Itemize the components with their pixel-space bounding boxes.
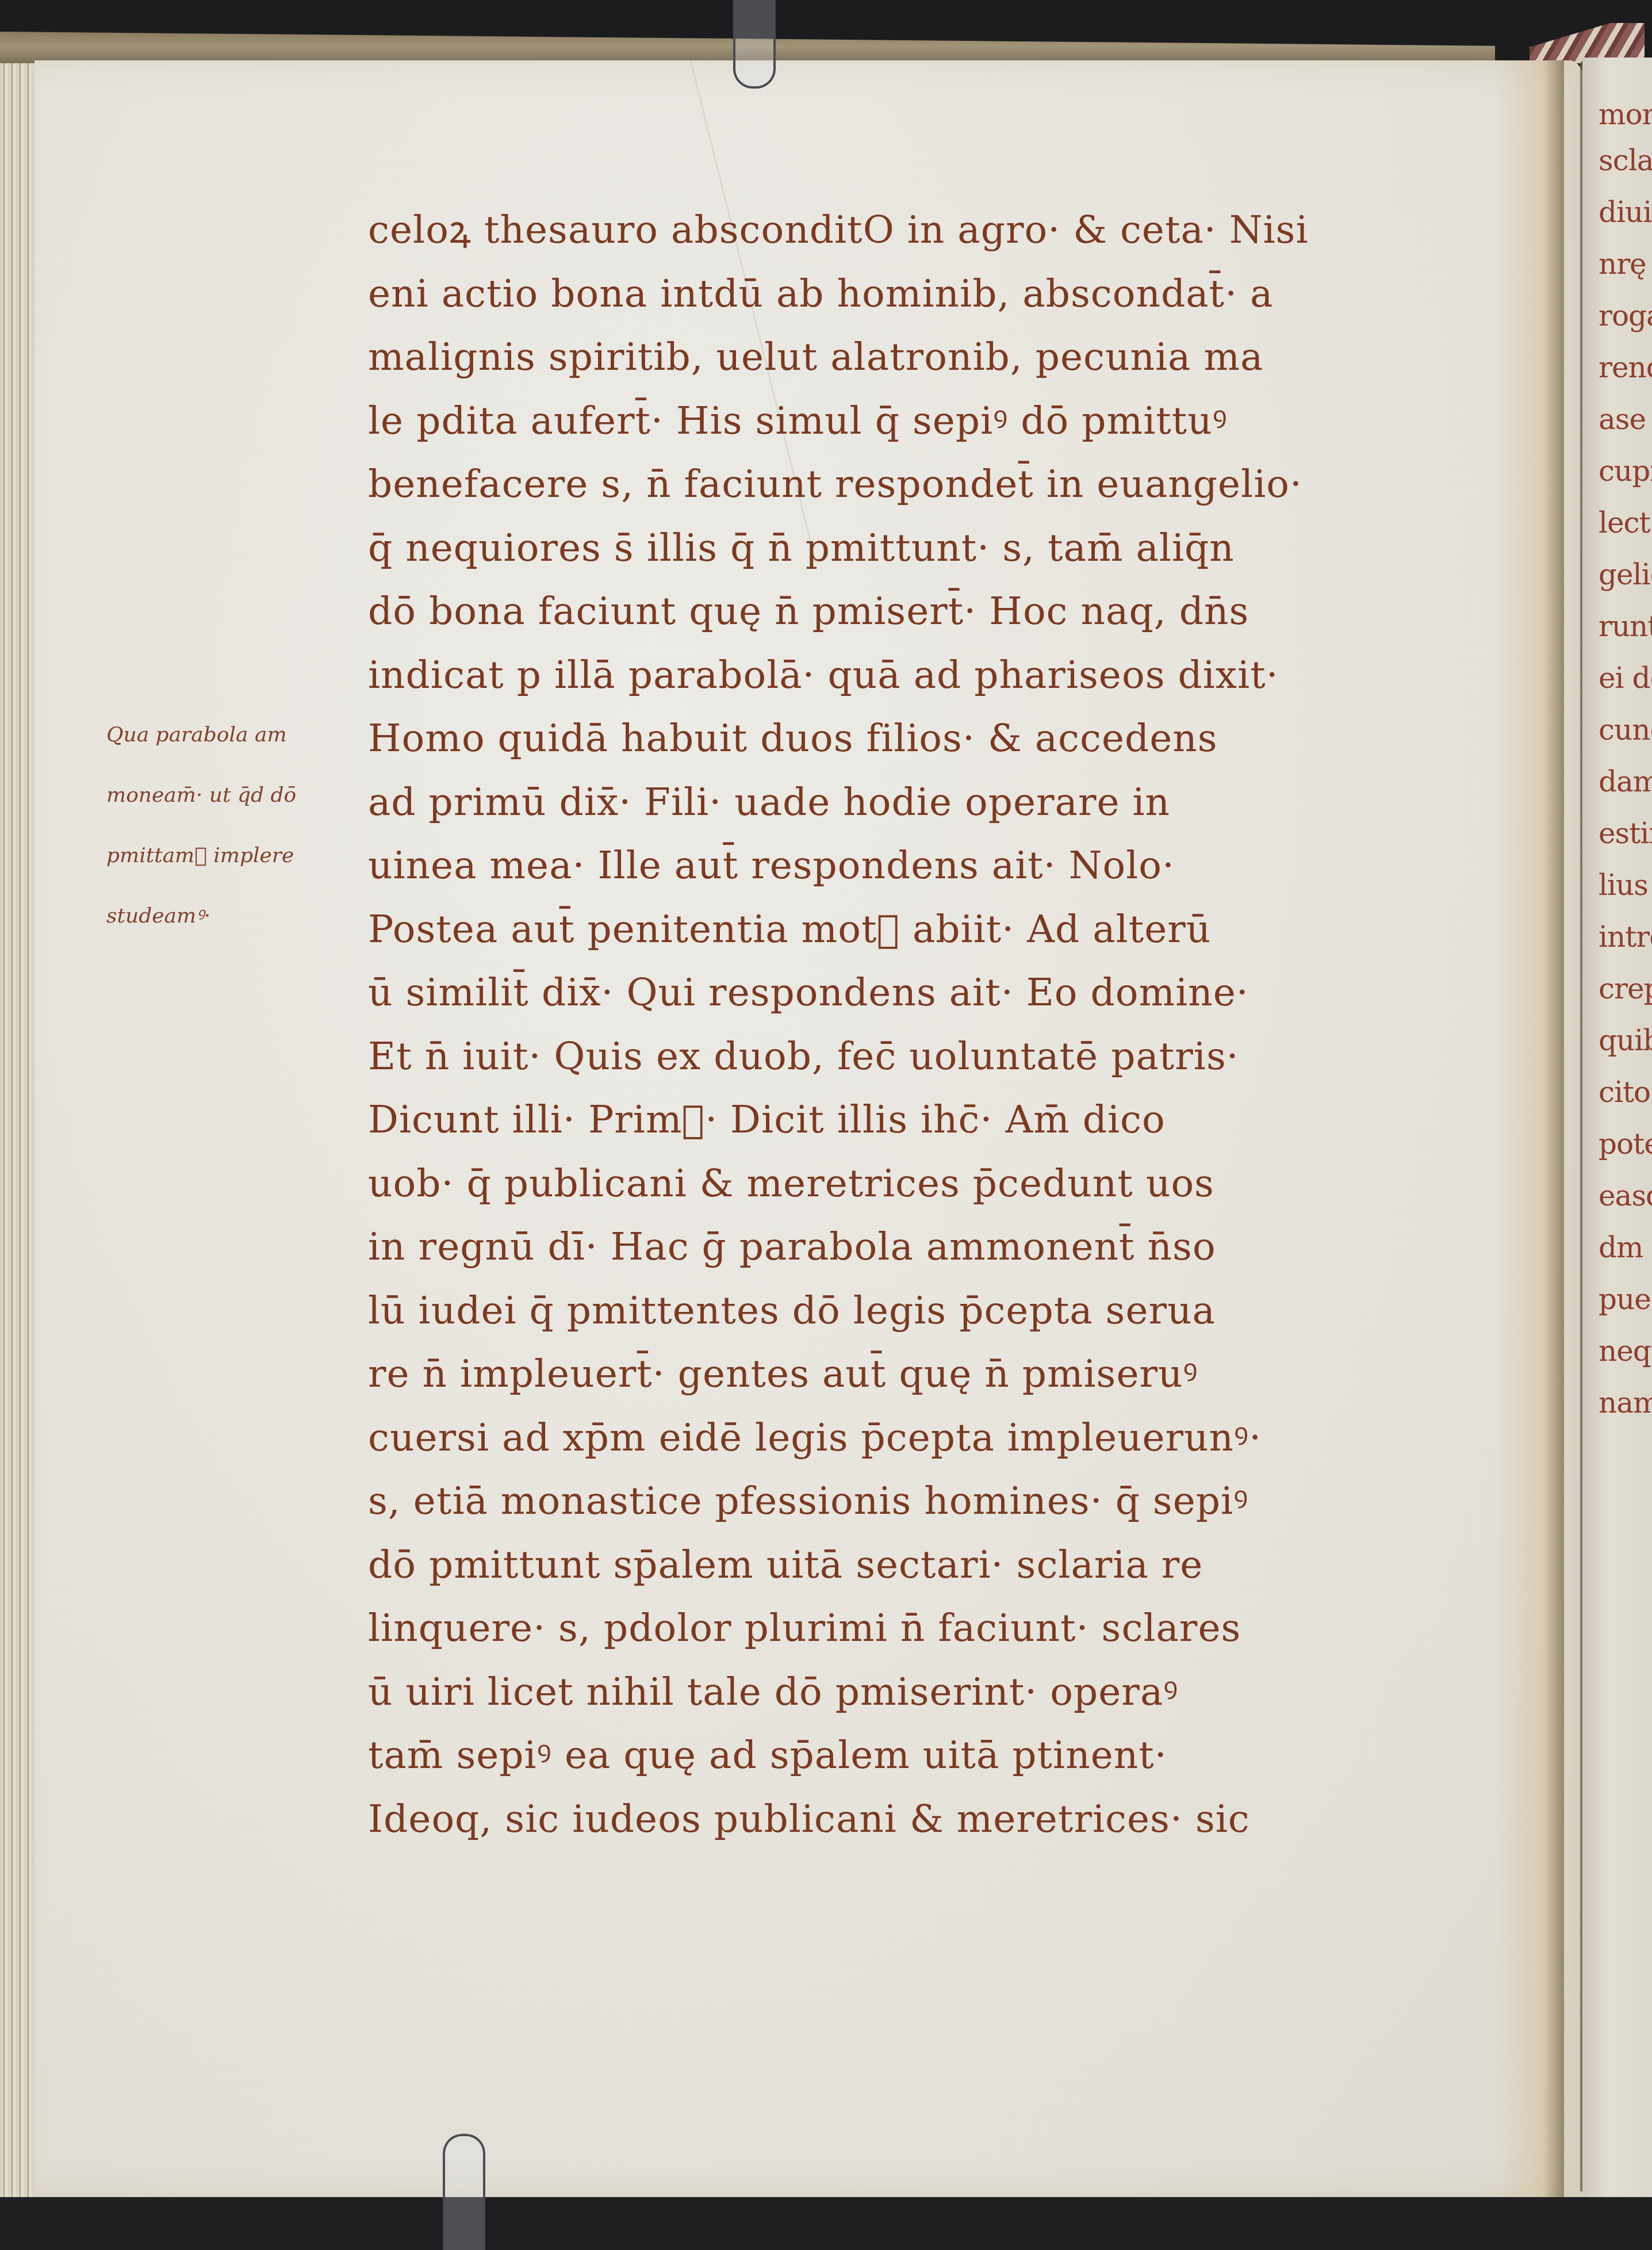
facing-fragment: nequ xyxy=(1599,1334,1652,1368)
facing-fragment: estim xyxy=(1599,817,1652,850)
marginal-gloss: Qua parabola am moneam̄· ut q̄d dō pmitt… xyxy=(106,705,371,946)
facing-fragment: rend xyxy=(1599,351,1652,384)
facing-fragment: cupi xyxy=(1599,454,1652,488)
text-line: dō bona faciunt quę n̄ pmisert̄· Hoc naq… xyxy=(368,580,1530,644)
page-clip-bottom xyxy=(443,2134,485,2250)
facing-page: mon sclar diuin nrę roga rend ase cupi l… xyxy=(1582,58,1652,2197)
facing-fragment: pue xyxy=(1599,1283,1651,1316)
text-line: in regnū dī· Hac ḡ parabola ammonent̄ n̄… xyxy=(368,1215,1530,1279)
facing-fragment: quib xyxy=(1599,1024,1652,1057)
facing-fragment: ei do xyxy=(1599,661,1652,695)
text-line: ū uiri licet nihil tale dō pmiserint· op… xyxy=(368,1660,1530,1724)
text-line: indicat p illā parabolā· quā ad phariseo… xyxy=(368,644,1530,707)
main-text-column: celoꝝ thesauro absconditO in agro· & cet… xyxy=(368,198,1530,1851)
facing-fragment: nrę xyxy=(1599,247,1646,281)
text-line: re n̄ impleuert̄· gentes aut̄ quę n̄ pmi… xyxy=(368,1342,1530,1406)
facing-fragment: lect xyxy=(1599,506,1650,539)
text-line: Ideoq, sic iudeos publicani & meretrices… xyxy=(368,1788,1530,1851)
text-line: cuersi ad xp̄m eidē legis p̄cepta impleu… xyxy=(368,1406,1530,1470)
text-line: uob· q̄ publicani & meretrices p̄cedunt … xyxy=(368,1152,1530,1216)
facing-fragment: gelio xyxy=(1599,558,1652,591)
facing-fragment: damu xyxy=(1599,765,1652,798)
text-line: lū iudei q̄ pmittentes dō legis p̄cepta … xyxy=(368,1279,1530,1343)
text-line: Et n̄ iuit· Quis ex duob, fec̄ uoluntatē… xyxy=(368,1025,1530,1089)
facing-fragment: cunct xyxy=(1599,713,1652,747)
text-line: ad primū dix̄· Fili· uade hodie operare … xyxy=(368,771,1530,835)
text-line: benefacere s, n̄ faciunt respondet̄ in e… xyxy=(368,453,1530,516)
text-line: uinea mea· Ille aut̄ respondens ait· Nol… xyxy=(368,834,1530,898)
gloss-line: studeamꝰ· xyxy=(106,886,371,946)
text-line: le pdita aufert̄· His simul q̄ sepiꝰ dō … xyxy=(368,389,1530,453)
facing-fragment: intro xyxy=(1599,920,1652,954)
text-line: Postea aut̄ penitentia mot᷒ abiit· Ad al… xyxy=(368,898,1530,962)
backdrop-bottom xyxy=(0,2197,1652,2250)
facing-fragment: crepa xyxy=(1599,972,1652,1005)
facing-fragment: mon xyxy=(1599,98,1652,131)
facing-fragment: lius p xyxy=(1599,868,1652,902)
text-line: tam̄ sepiꝰ ea quę ad sp̄alem uitā ptinen… xyxy=(368,1724,1530,1788)
facing-fragment: dm xyxy=(1599,1231,1643,1264)
text-line: linquere· s, pdolor plurimi n̄ faciunt· … xyxy=(368,1597,1530,1660)
gloss-line: pmittam᷒ implere xyxy=(106,825,371,886)
gloss-line: Qua parabola am xyxy=(106,705,371,765)
facing-fragment: diuin xyxy=(1599,196,1652,229)
facing-fragment: easdē xyxy=(1599,1179,1652,1212)
facing-fragment: nam xyxy=(1599,1386,1652,1419)
text-line: dō pmittunt sp̄alem uitā sectari· sclari… xyxy=(368,1533,1530,1597)
gloss-line: moneam̄· ut q̄d dō xyxy=(106,765,371,825)
text-line: ū similit̄ dix̄· Qui respondens ait· Eo … xyxy=(368,961,1530,1025)
page-clip-top xyxy=(733,0,776,89)
text-line: Homo quidā habuit duos filios· & acceden… xyxy=(368,707,1530,771)
text-line: malignis spiritib, uelut alatronib, pecu… xyxy=(368,326,1530,389)
facing-fragment: ase xyxy=(1599,403,1646,436)
facing-fragment: runt xyxy=(1599,610,1652,643)
facing-fragment: cito xyxy=(1599,1076,1650,1109)
text-line: q̄ nequiores s̄ illis q̄ n̄ pmittunt· s,… xyxy=(368,516,1530,580)
text-line: Dicunt illi· Prim᷒· Dicit illis ihc̄· Am… xyxy=(368,1088,1530,1152)
text-line: eni actio bona intdū ab hominib, abscond… xyxy=(368,262,1530,326)
text-line: s, etiā monastice pfessionis homines· q̄… xyxy=(368,1470,1530,1533)
facing-fragment: roga xyxy=(1599,299,1652,332)
facing-fragment: sclar xyxy=(1599,144,1652,177)
facing-fragment: potest xyxy=(1599,1127,1652,1161)
text-line: celoꝝ thesauro absconditO in agro· & cet… xyxy=(368,198,1530,262)
